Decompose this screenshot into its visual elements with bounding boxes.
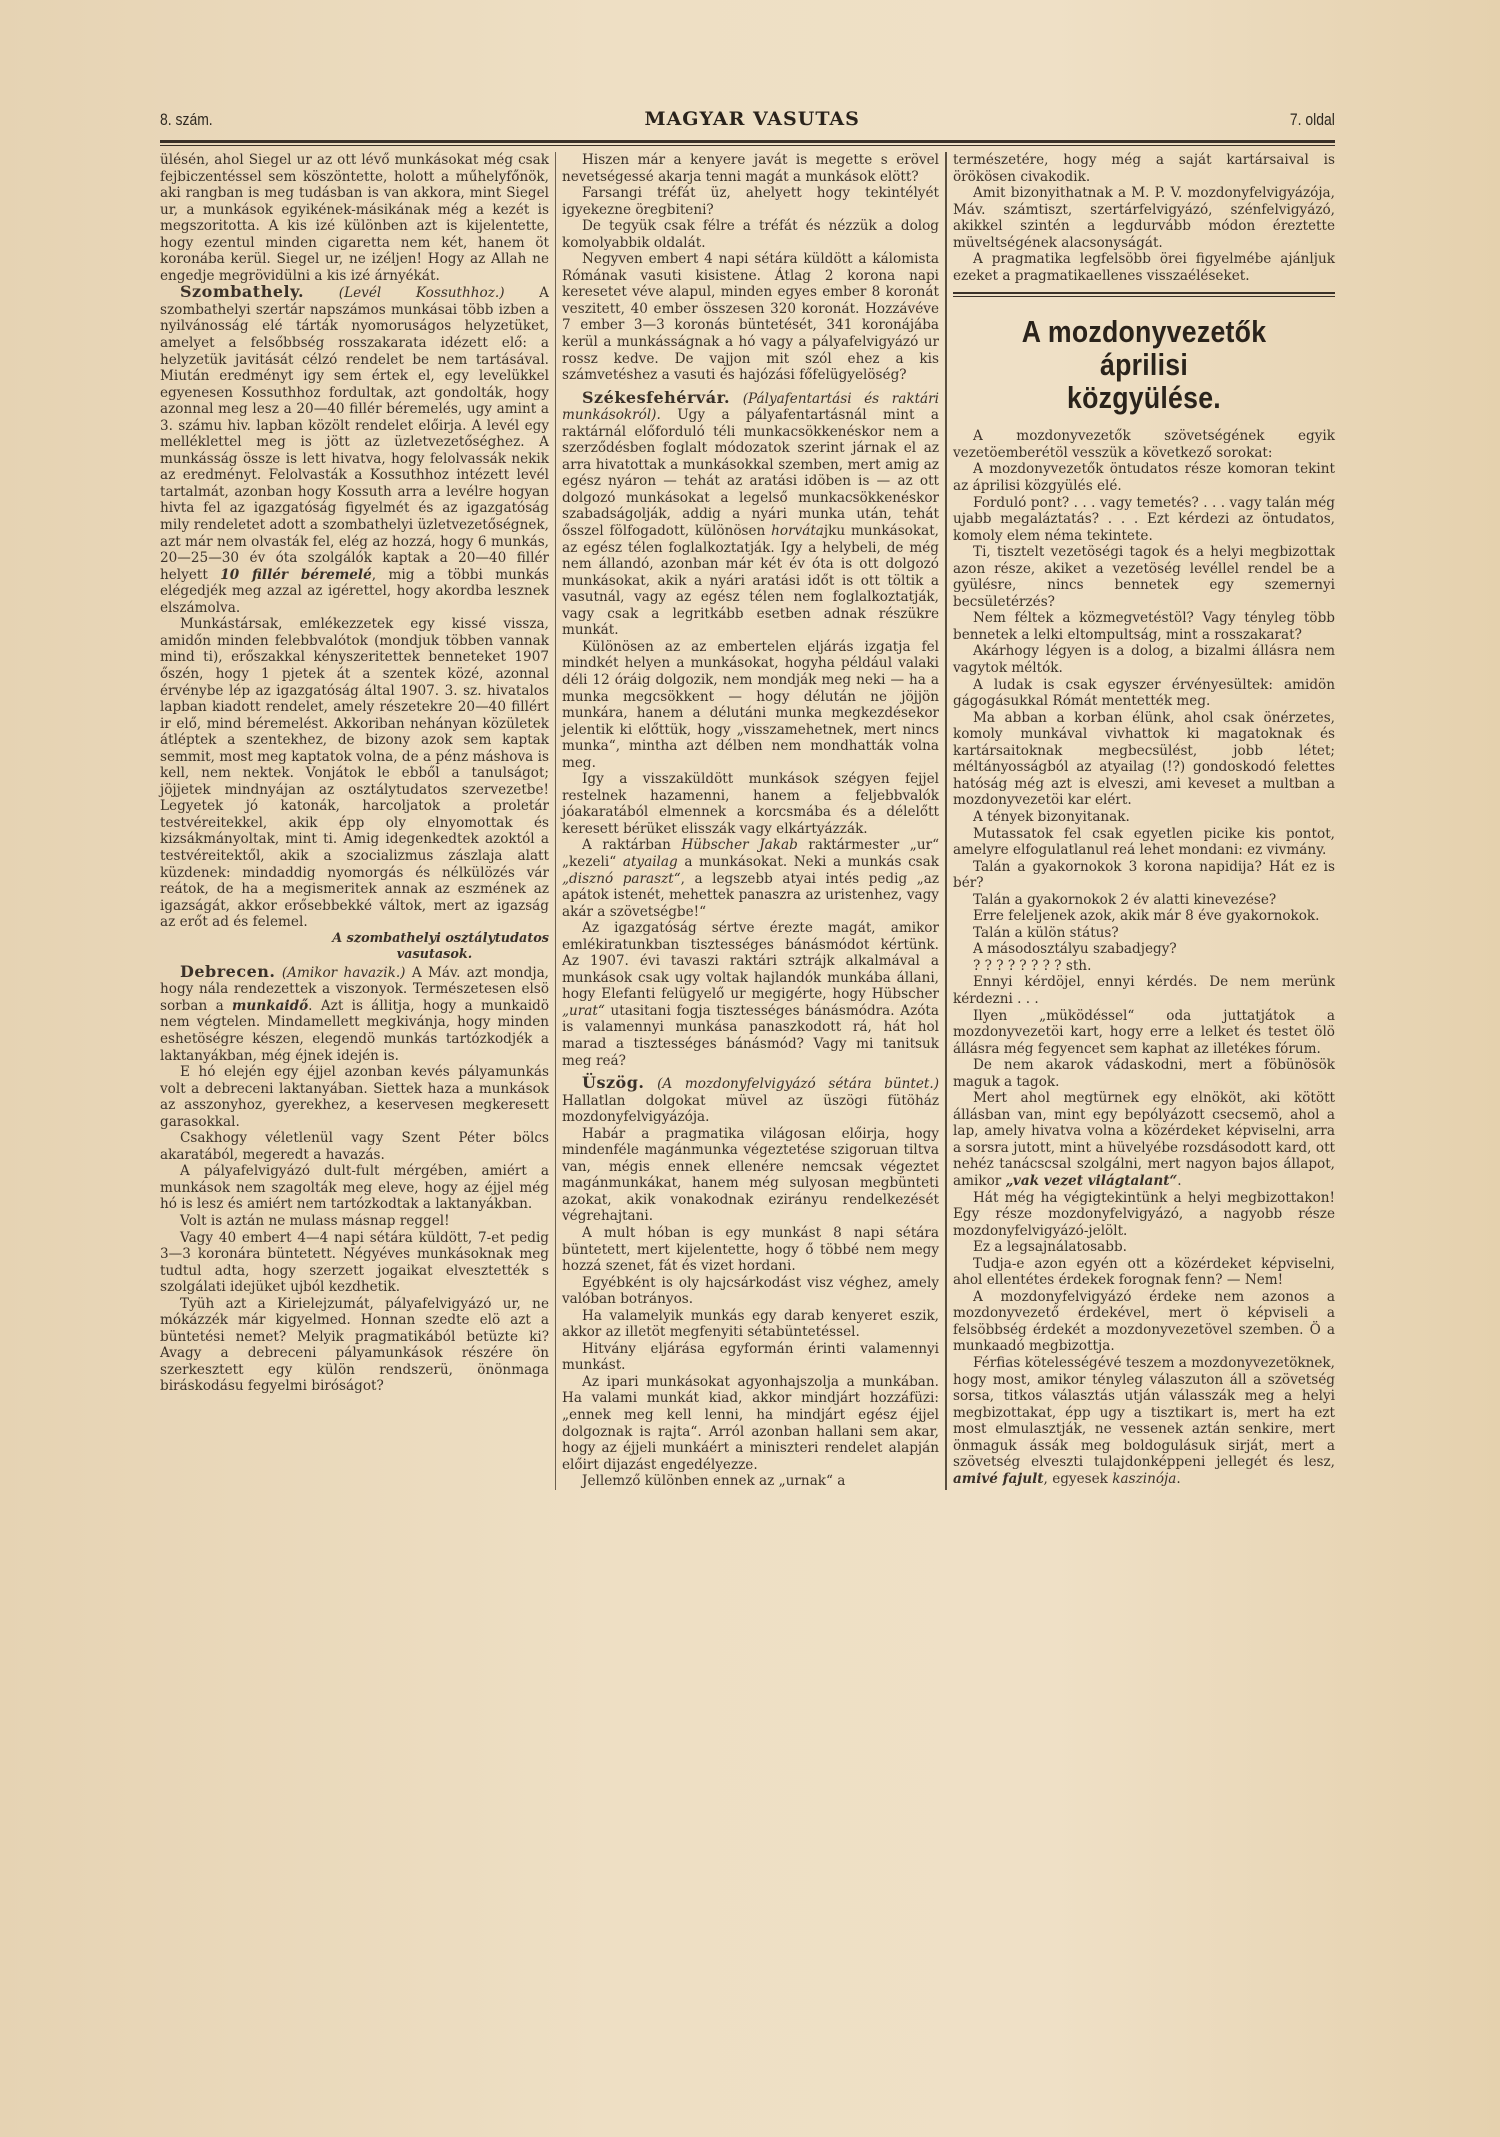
column-2: Hiszen már a kenyere javát is megette s … xyxy=(555,152,945,1490)
article-subtitle: (Levél Kossuthhoz.) xyxy=(339,285,505,301)
paragraph: Farsangi tréfát üz, ahelyett hogy tekint… xyxy=(562,185,939,218)
paragraph: Talán a gyakornokok 3 korona napidija? H… xyxy=(953,859,1335,892)
paragraph: A mozdonyvezetők öntudatos része komoran… xyxy=(953,461,1335,494)
emphasis: „disznó paraszt“ xyxy=(562,871,681,887)
article-heading-debrecen: Debrecen. xyxy=(180,962,275,981)
article-heading-szekesfehervar: Székesfehérvár. xyxy=(582,388,730,407)
paragraph: De nem akarok vádaskodni, mert a föbünös… xyxy=(953,1057,1335,1090)
column-3: természetére, hogy még a saját kartársai… xyxy=(945,152,1335,1490)
paragraph: Volt is aztán ne mulass másnap reggel! xyxy=(160,1213,549,1230)
paragraph: Igy a visszaküldött munkások szégyen fej… xyxy=(562,771,939,837)
article-subtitle: (A mozdonyfelvigyázó sétára büntet.) xyxy=(657,1076,939,1092)
article-headline: A mozdonyvezetők áprilisi közgyülése. xyxy=(980,315,1309,414)
paragraph-mert: Mert ahol megtürnek egy elnököt, aki köt… xyxy=(953,1090,1335,1189)
paragraph: Talán a külön státus? xyxy=(953,925,1335,942)
newspaper-title: MAGYAR VASUTAS xyxy=(645,108,860,130)
column-1: ülésén, ahol Siegel ur az ott lévő munká… xyxy=(160,152,555,1490)
paragraph: E hó elején egy éjjel azonban kevés pály… xyxy=(160,1064,549,1130)
article-szekesfehervar: Székesfehérvár. (Pályafentartási és rakt… xyxy=(562,390,939,639)
text: utasitani fogja tisztességes bánásmódra.… xyxy=(562,1003,939,1069)
paragraph: ülésén, ahol Siegel ur az ott lévő munká… xyxy=(160,152,549,284)
article-text: A szombathelyi szertár napszámos munkása… xyxy=(160,285,549,582)
paragraph: A másodosztályu szabadjegy? xyxy=(953,941,1335,958)
emphasis: „vak vezet világtalant“ xyxy=(1006,1173,1178,1189)
article-uszog: Üszög. (A mozdonyfelvigyázó sétára bünte… xyxy=(562,1075,939,1126)
paragraph: A tények bizonyitanak. xyxy=(953,809,1335,826)
emphasis: kaszinója xyxy=(1112,1471,1176,1487)
paragraph: De tegyük csak félre a tréfát és nézzük … xyxy=(562,218,939,251)
paragraph: A mozdonyfelvigyázó érdeke nem azonos a … xyxy=(953,1289,1335,1355)
paragraph: Egyébként is oly hajcsárkodást visz végh… xyxy=(562,1275,939,1308)
paragraph: Ma abban a korban élünk, ahol csak önérz… xyxy=(953,710,1335,809)
paragraph: Mutassatok fel csak egyetlen picike kis … xyxy=(953,826,1335,859)
paragraph: Hiszen már a kenyere javát is megette s … xyxy=(562,152,939,185)
issue-number: 8. szám. xyxy=(160,110,213,130)
section-rule xyxy=(953,292,1335,297)
emphasis: amivé fajult xyxy=(953,1471,1044,1487)
text: a munkásokat. Neki a munkás csak xyxy=(684,854,939,870)
paragraph: Ha valamelyik munkás egy darab kenyeret … xyxy=(562,1308,939,1341)
article-text: Hallatlan dolgokat müvel az üszögi fütöh… xyxy=(562,1093,939,1126)
paragraph: Hitvány eljárása egyformán érinti valame… xyxy=(562,1341,939,1374)
text: A raktárban xyxy=(582,837,671,853)
page-number: 7. oldal xyxy=(1290,110,1335,130)
masthead-rule xyxy=(160,140,1335,146)
paragraph: Forduló pont? . . . vagy temetés? . . . … xyxy=(953,495,1335,545)
paragraph: A mult hóban is egy munkást 8 napi sétár… xyxy=(562,1225,939,1275)
article-debrecen: Debrecen. (Amikor havazik.) A Máv. azt m… xyxy=(160,964,549,1064)
text: , egyesek xyxy=(1044,1471,1108,1487)
paragraph: Tyüh azt a Kirielejzumát, pályafelvigyáz… xyxy=(160,1296,549,1395)
paragraph: Jellemző különben ennek az „urnak“ a xyxy=(562,1473,939,1490)
paragraph: Amit bizonyithatnak a M. P. V. mozdonyfe… xyxy=(953,185,1335,251)
paragraph: Habár a pragmatika világosan előirja, ho… xyxy=(562,1126,939,1225)
paragraph: Vagy 40 embert 4—4 napi sétára küldött, … xyxy=(160,1230,549,1296)
paragraph-ferfias: Férfias kötelességévé teszem a mozdonyve… xyxy=(953,1355,1335,1487)
paragraph-raktar: A raktárban Hübscher Jakab raktármester … xyxy=(562,837,939,920)
paragraph: Erre feleljenek azok, akik már 8 éve gya… xyxy=(953,908,1335,925)
paragraph: Hát még ha végigtekintünk a helyi megbiz… xyxy=(953,1190,1335,1240)
paragraph: A mozdonyvezetők szövetségének egyik vez… xyxy=(953,428,1335,461)
paragraph: Ilyen „müködéssel“ oda juttatjátok a moz… xyxy=(953,1008,1335,1058)
masthead: 8. szám. MAGYAR VASUTAS 7. oldal xyxy=(160,108,1335,136)
article-heading-uszog: Üszög. xyxy=(582,1073,644,1092)
paragraph: Tudja-e azon egyén ott a közérdeket képv… xyxy=(953,1256,1335,1289)
paragraph: természetére, hogy még a saját kartársai… xyxy=(953,152,1335,185)
paragraph: Különösen az az embertelen eljárás izgat… xyxy=(562,639,939,771)
paragraph: Ennyi kérdöjel, ennyi kérdés. De nem mer… xyxy=(953,974,1335,1007)
emphasis: horváta xyxy=(771,523,824,539)
article-subtitle: (Amikor havazik.) xyxy=(282,965,406,981)
emphasis: munkaidő xyxy=(232,998,308,1014)
article-heading-szombathely: Szombathely. xyxy=(180,282,304,301)
emphasis: „urat“ xyxy=(562,1003,605,1019)
columns: ülésén, ahol Siegel ur az ott lévő munká… xyxy=(160,152,1335,1490)
text: . xyxy=(1176,1471,1180,1487)
signature: A szombathelyi osztálytudatos xyxy=(160,931,549,948)
newspaper-page: 8. szám. MAGYAR VASUTAS 7. oldal ülésén,… xyxy=(160,108,1335,1490)
emphasis: 10 fillér béremelé xyxy=(220,567,371,583)
paragraph: A pragmatika legfelsöbb örei figyelmébe … xyxy=(953,251,1335,284)
paragraph: Az ipari munkásokat agyonhajszolja a mun… xyxy=(562,1374,939,1473)
paragraph: Talán a gyakornokok 2 év alatti kinevezé… xyxy=(953,892,1335,909)
paragraph: Nem féltek a közmegvetéstöl? Vagy tényle… xyxy=(953,610,1335,643)
paragraph: ? ? ? ? ? ? ? ? sth. xyxy=(953,958,1335,975)
text: . xyxy=(1177,1173,1181,1189)
paragraph: A pályafelvigyázó dult-fult mérgében, am… xyxy=(160,1163,549,1213)
paragraph: A ludak is csak egyszer érvényesültek: a… xyxy=(953,677,1335,710)
paragraph: Munkástársak, emlékezzetek egy kissé vis… xyxy=(160,616,549,930)
paragraph-igazgatosag: Az igazgatóság sértve érezte magát, amik… xyxy=(562,920,939,1069)
paragraph: Akárhogy légyen is a dolog, a bizalmi ál… xyxy=(953,643,1335,676)
paragraph: Negyven embert 4 napi sétára küldött a k… xyxy=(562,251,939,383)
headline-line-1: A mozdonyvezetők áprilisi xyxy=(980,315,1309,381)
paragraph: Ez a legsajnálatosabb. xyxy=(953,1239,1335,1256)
article-szombathely: Szombathely. (Levél Kossuthhoz.) A szomb… xyxy=(160,284,549,616)
paragraph: Csakhogy véletlenül vagy Szent Péter böl… xyxy=(160,1130,549,1163)
article-text: Ugy a pályafentartásnál mint a raktárnál… xyxy=(562,407,939,539)
article-text: jku munkásokat, az egész télen foglalkoz… xyxy=(562,523,939,638)
paragraph: Ti, tisztelt vezetöségi tagok és a helyi… xyxy=(953,544,1335,610)
text: Az igazgatóság sértve érezte magát, amik… xyxy=(562,920,939,1002)
text: Férfias kötelességévé teszem a mozdonyve… xyxy=(953,1355,1335,1470)
person-name: Hübscher Jakab xyxy=(681,837,797,853)
emphasis: atyailag xyxy=(623,854,678,870)
headline-line-2: közgyülése. xyxy=(980,381,1309,414)
